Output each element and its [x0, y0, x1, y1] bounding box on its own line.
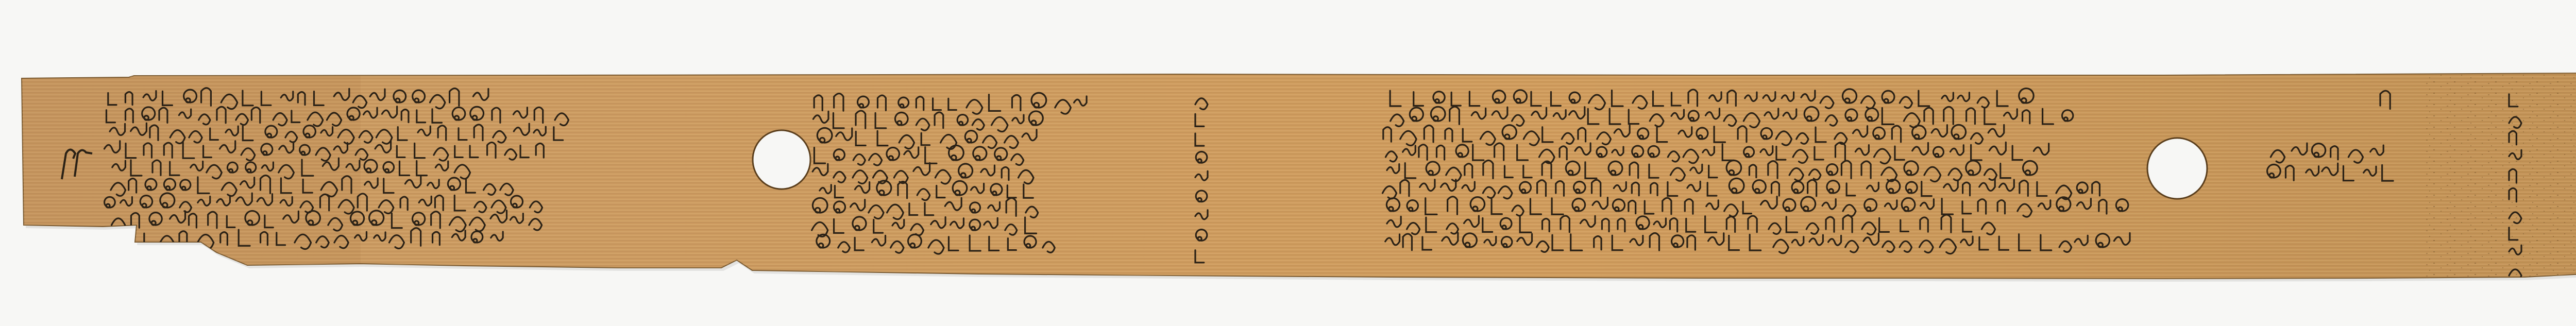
binding-hole-1: [753, 130, 810, 189]
binding-hole-2: [2147, 138, 2207, 199]
manuscript-photo: 01: [0, 0, 2576, 326]
palm-leaf: [0, 0, 2576, 326]
